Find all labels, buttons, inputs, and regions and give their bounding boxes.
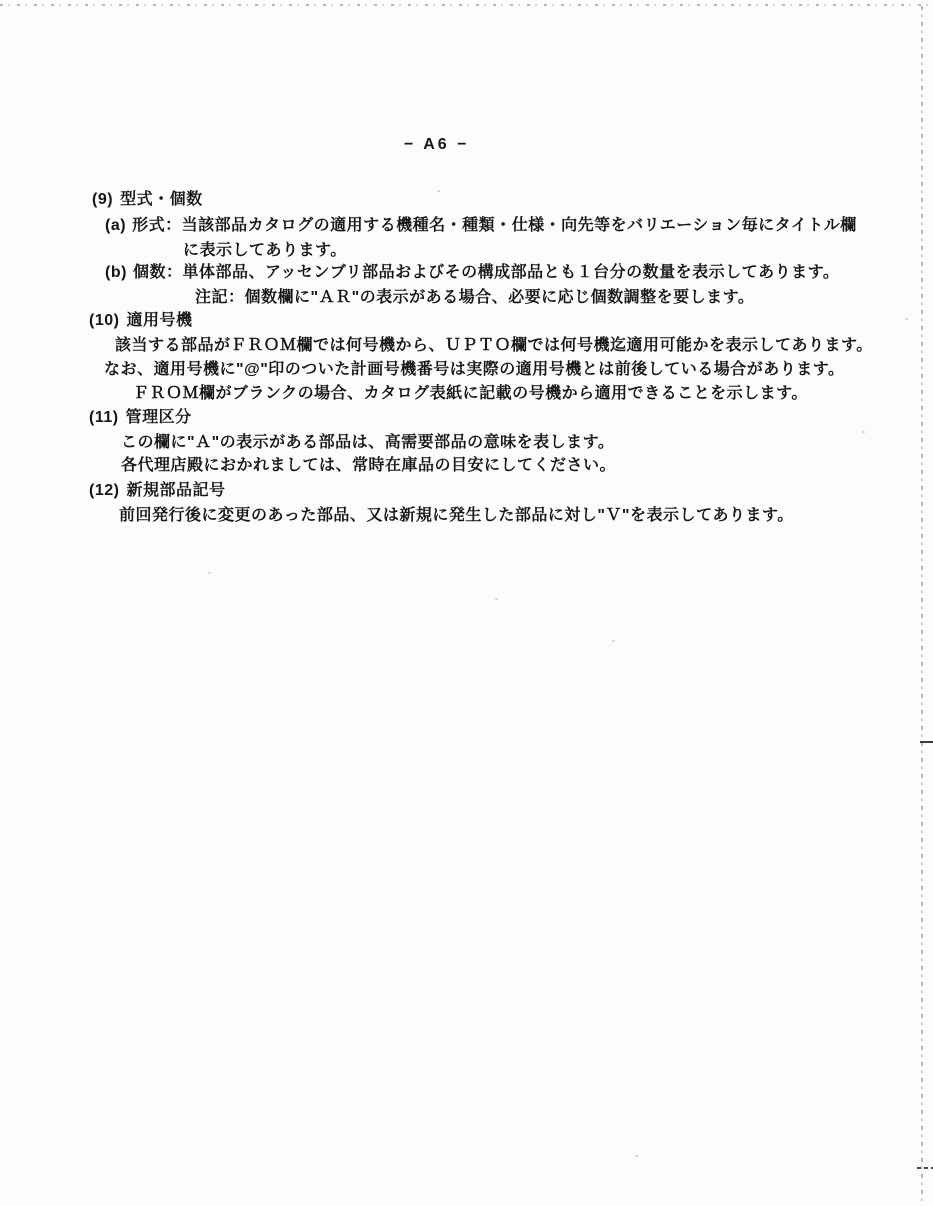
body-text-line: 前回発行後に変更のあった部品、又は新規に発生した部品に対し"Ｖ"を表示してありま… (119, 506, 794, 526)
scan-artifact-right-tick (920, 741, 933, 743)
section-heading: (10)適用号機 (89, 311, 192, 331)
body-text-line: 該当する部品がＦＲＯＭ欄では何号機から、ＵＰＴＯ欄では何号機迄適用可能かを表示し… (115, 336, 873, 356)
list-item: (b)個数：単体部品、アッセンブリ部品およびその構成部品とも１台分の数量を表示し… (105, 263, 839, 283)
body-text-line: なお、適用号機に"@"印のついた計画号機番号は実際の適用号機とは前後している場合… (104, 360, 845, 380)
list-item-note: 注記：個数欄に"ＡＲ"の表示がある場合、必要に応じ個数調整を要します。 (195, 288, 754, 308)
item-text: 各代理店殿におかれましては、常時在庫品の目安にしてください。 (121, 457, 616, 474)
section-heading: (12)新規部品記号 (89, 481, 225, 501)
list-item: (a)形式：当該部品カタログの適用する機種名・種類・仕様・向先等をバリエーション… (105, 216, 857, 236)
scan-speck (635, 1155, 638, 1157)
section-title: 適用号機 (126, 312, 192, 329)
scan-speck (862, 431, 865, 433)
scan-artifact-right-dotted-line (921, 6, 923, 1206)
section-title: 管理区分 (126, 409, 192, 426)
document-page: − A6 − (9)型式・個数 (a)形式：当該部品カタログの適用する機種名・種… (0, 0, 933, 1206)
section-number: (11) (89, 409, 119, 426)
item-text: ＦＲＯＭ欄がブランクの場合、カタログ表紙に記載の号機から適用できることを示します… (133, 385, 808, 402)
scan-speck (437, 190, 440, 192)
body-text-line: 各代理店殿におかれましては、常時在庫品の目安にしてください。 (121, 456, 616, 476)
list-item-continuation: に表示してあります。 (183, 241, 347, 261)
scan-speck (612, 640, 615, 642)
body-text-line: この欄に"Ａ"の表示がある部品は、高需要部品の意味を表します。 (121, 433, 614, 453)
item-text: に表示してあります。 (183, 242, 347, 259)
item-text: なお、適用号機に"@"印のついた計画号機番号は実際の適用号機とは前後している場合… (104, 361, 845, 378)
section-title: 新規部品記号 (126, 482, 225, 499)
item-text: 前回発行後に変更のあった部品、又は新規に発生した部品に対し"Ｖ"を表示してありま… (119, 507, 794, 524)
scan-speck (495, 598, 498, 600)
page-number: − A6 − (404, 136, 469, 154)
item-text: 個数：単体部品、アッセンブリ部品およびその構成部品とも１台分の数量を表示してあり… (133, 264, 839, 281)
body-text-line: ＦＲＯＭ欄がブランクの場合、カタログ表紙に記載の号機から適用できることを示します… (133, 384, 808, 404)
section-number: (10) (89, 312, 119, 329)
item-label: (a) (105, 217, 126, 234)
section-heading: (11)管理区分 (89, 408, 192, 428)
item-text: この欄に"Ａ"の表示がある部品は、高需要部品の意味を表します。 (121, 434, 614, 451)
section-number: (12) (89, 482, 119, 499)
scan-speck (208, 572, 211, 574)
item-text: 注記：個数欄に"ＡＲ"の表示がある場合、必要に応じ個数調整を要します。 (195, 289, 754, 306)
item-label: (b) (105, 264, 127, 281)
item-text: 該当する部品がＦＲＯＭ欄では何号機から、ＵＰＴＯ欄では何号機迄適用可能かを表示し… (115, 337, 873, 354)
scan-artifact-right-tick (917, 1167, 933, 1169)
section-title: 型式・個数 (120, 191, 203, 208)
scan-speck (905, 318, 908, 320)
section-heading: (9)型式・個数 (92, 190, 203, 210)
scan-artifact-top-dotted-line (0, 4, 933, 6)
section-number: (9) (92, 191, 113, 208)
item-text: 形式：当該部品カタログの適用する機種名・種類・仕様・向先等をバリエーション毎にタ… (132, 217, 857, 234)
